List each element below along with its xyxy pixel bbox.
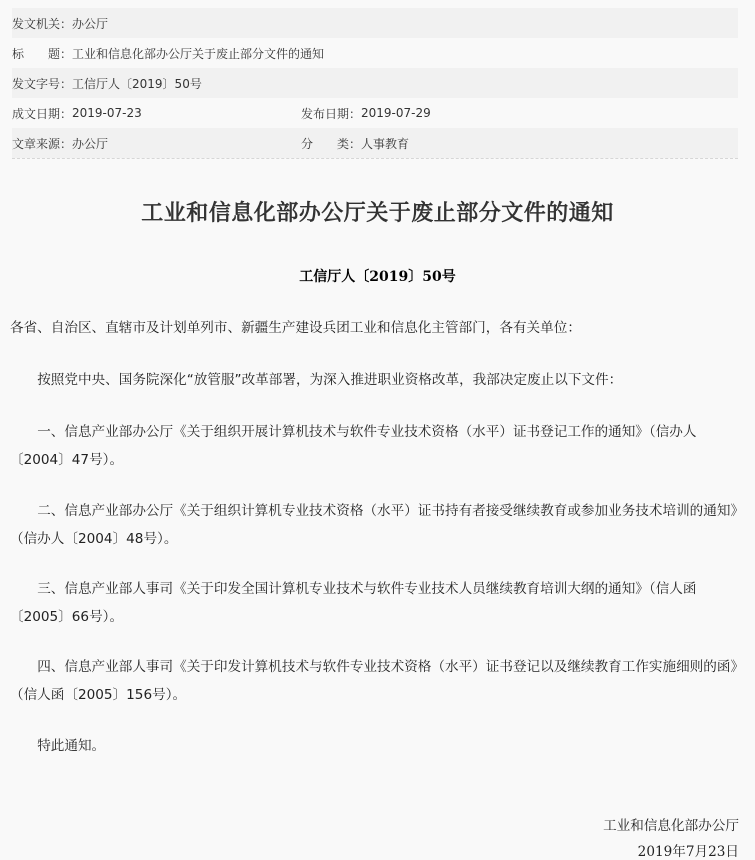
meta-label-written-date: 成文日期：: [12, 105, 72, 122]
meta-row-source-category: 文章来源： 办公厅 分类： 人事教育: [12, 128, 738, 158]
meta-label-publish-date: 发布日期：: [301, 105, 361, 122]
document-title: 工业和信息化部办公厅关于废止部分文件的通知: [0, 196, 755, 227]
salutation: 各省、自治区、直辖市及计划单列市、新疆生产建设兵团工业和信息化主管部门，各有关单…: [10, 314, 742, 342]
meta-value-written-date: 2019-07-23: [72, 106, 142, 120]
repeal-item-2: 二、信息产业部办公厅《关于组织计算机专业技术资格（水平）证书持有者接受继续教育或…: [10, 497, 742, 553]
meta-label-title: 标题：: [12, 45, 72, 62]
meta-row-dates: 成文日期： 2019-07-23 发布日期： 2019-07-29: [12, 98, 738, 128]
signature-date: 2019年7月23日: [638, 840, 739, 860]
meta-label-issuer: 发文机关：: [12, 15, 72, 32]
meta-label-category-a: 分: [301, 137, 313, 151]
meta-cell-category: 分类： 人事教育: [301, 135, 409, 152]
repeal-item-4: 四、信息产业部人事司《关于印发计算机技术与软件专业技术资格（水平）证书登记以及继…: [10, 653, 742, 709]
meta-row-doc-number: 发文字号： 工信厅人〔2019〕50号: [12, 68, 738, 98]
meta-label-title-b: 题：: [48, 47, 72, 61]
meta-value-title: 工业和信息化部办公厅关于废止部分文件的通知: [72, 45, 324, 62]
repeal-item-3: 三、信息产业部人事司《关于印发全国计算机专业技术与软件专业技术人员继续教育培训大…: [10, 575, 742, 631]
meta-value-publish-date: 2019-07-29: [361, 106, 431, 120]
signature-organization: 工业和信息化部办公厅: [603, 814, 739, 834]
document-meta-table: 发文机关： 办公厅 标题： 工业和信息化部办公厅关于废止部分文件的通知 发文字号…: [12, 8, 738, 159]
meta-label-category-b: 类：: [337, 137, 361, 151]
meta-value-category: 人事教育: [361, 135, 409, 152]
meta-label-category: 分类：: [301, 135, 361, 152]
meta-value-issuer: 办公厅: [72, 15, 108, 32]
closing-text: 特此通知。: [10, 732, 742, 760]
meta-cell-doc-number: 发文字号： 工信厅人〔2019〕50号: [12, 75, 202, 92]
document-number: 工信厅人〔2019〕50号: [0, 266, 755, 286]
intro-paragraph: 按照党中央、国务院深化“放管服”改革部署，为深入推进职业资格改革，我部决定废止以…: [10, 366, 742, 394]
meta-cell-publish-date: 发布日期： 2019-07-29: [301, 105, 431, 122]
meta-cell-written-date: 成文日期： 2019-07-23: [12, 105, 301, 122]
meta-cell-source: 文章来源： 办公厅: [12, 135, 301, 152]
meta-label-doc-number: 发文字号：: [12, 75, 72, 92]
meta-label-title-a: 标: [12, 47, 24, 61]
meta-row-title: 标题： 工业和信息化部办公厅关于废止部分文件的通知: [12, 38, 738, 68]
meta-row-issuer: 发文机关： 办公厅: [12, 8, 738, 38]
meta-label-source: 文章来源：: [12, 135, 72, 152]
meta-value-source: 办公厅: [72, 135, 108, 152]
meta-value-doc-number: 工信厅人〔2019〕50号: [72, 75, 202, 92]
meta-cell-title: 标题： 工业和信息化部办公厅关于废止部分文件的通知: [12, 45, 324, 62]
meta-cell-issuer: 发文机关： 办公厅: [12, 15, 301, 32]
repeal-item-1: 一、信息产业部办公厅《关于组织开展计算机技术与软件专业技术资格（水平）证书登记工…: [10, 418, 742, 474]
